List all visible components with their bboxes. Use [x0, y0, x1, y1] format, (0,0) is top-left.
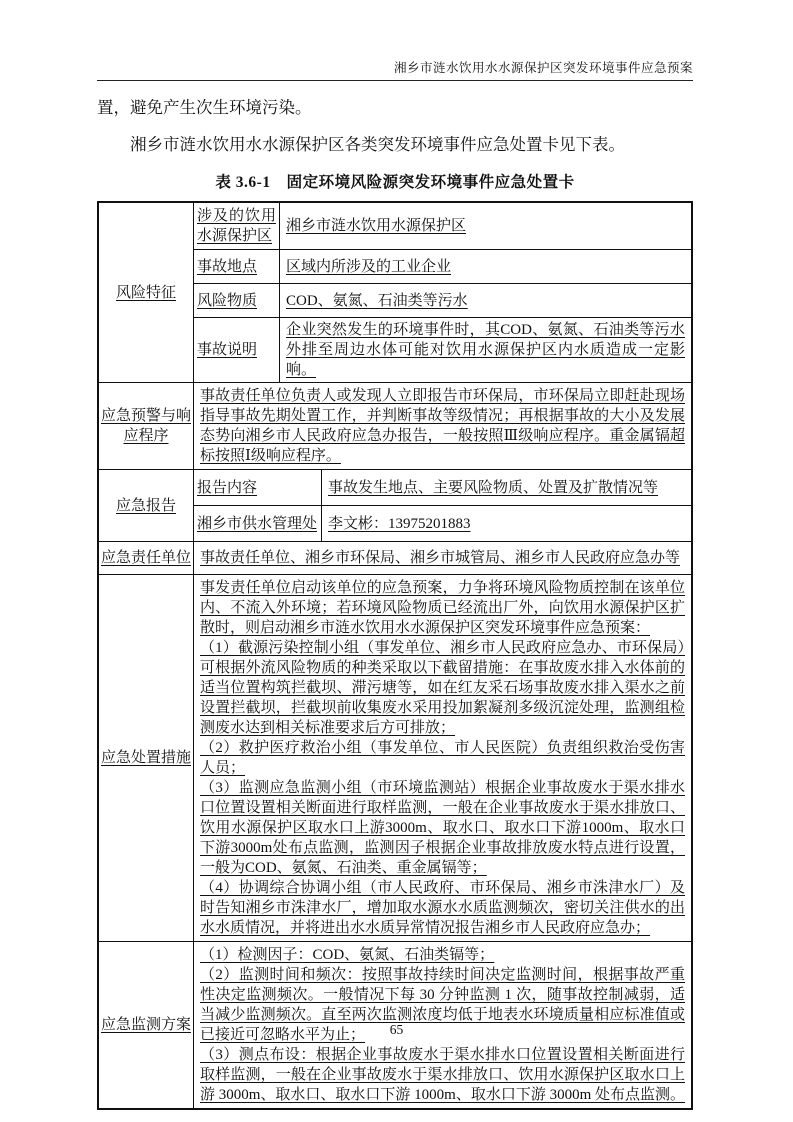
risk-row-sublabel: 事故地点: [194, 250, 280, 283]
section-report: 应急报告 报告内容 事故发生地点、主要风险物质、处置及扩散情况等 湘乡市供水管理…: [99, 469, 691, 541]
section-disposal-label: 应急处置措施: [99, 575, 194, 941]
risk-row-value: COD、氨氮、石油类等污水: [280, 284, 691, 317]
disposal-text: 事发责任单位启动该单位的应急预案，力争将环境风险物质控制在该单位内、不流入外环境…: [194, 575, 691, 941]
section-warning: 应急预警与响应程序 事故责任单位负责人或发现人立即报告市环保局，市环保局立即赶赴…: [99, 382, 691, 469]
section-warning-label: 应急预警与响应程序: [99, 383, 194, 469]
table-row: 涉及的饮用水源保护区 湘乡市涟水饮用水源保护区: [194, 203, 691, 249]
section-risk-body: 涉及的饮用水源保护区 湘乡市涟水饮用水源保护区 事故地点 区域内所涉及的工业企业…: [194, 203, 691, 382]
disposal-paragraph: 事发责任单位启动该单位的应急预案，力争将环境风险物质控制在该单位内、不流入外环境…: [200, 578, 685, 638]
responsible-text: 事故责任单位、湘乡市环保局、湘乡市城管局、湘乡市人民政府应急办等: [194, 542, 691, 574]
document-page: 湘乡市涟水饮用水水源保护区突发环境事件应急预案 置，避免产生次生环境污染。 湘乡…: [0, 0, 793, 1122]
table-row: 事故说明 企业突然发生的环境事件时，其COD、氨氮、石油类等污水外排至周边水体可…: [194, 317, 691, 382]
risk-row-value: 区域内所涉及的工业企业: [280, 250, 691, 283]
body-paragraph-1: 置，避免产生次生环境污染。: [97, 95, 693, 121]
disposal-paragraph: （3）监测应急监测小组（市环境监测站）根据企业事故废水于渠水排水口位置设置相关断…: [200, 778, 685, 878]
page-number: 65: [0, 1022, 793, 1038]
risk-row-sublabel: 风险物质: [194, 284, 280, 317]
emergency-card-table: 风险特征 涉及的饮用水源保护区 湘乡市涟水饮用水源保护区 事故地点 区域内所涉及…: [97, 201, 693, 1110]
section-responsible-body: 事故责任单位、湘乡市环保局、湘乡市城管局、湘乡市人民政府应急办等: [194, 542, 691, 574]
monitoring-paragraph: （1）检测因子：COD、氨氮、石油类镉等；: [200, 945, 685, 965]
running-header: 湘乡市涟水饮用水水源保护区突发环境事件应急预案: [97, 58, 693, 81]
running-header-text: 湘乡市涟水饮用水水源保护区突发环境事件应急预案: [394, 61, 693, 75]
report-row-value: 事故发生地点、主要风险物质、处置及扩散情况等: [322, 470, 691, 505]
table-row: 事故地点 区域内所涉及的工业企业: [194, 249, 691, 283]
risk-row-value: 企业突然发生的环境事件时，其COD、氨氮、石油类等污水外排至周边水体可能对饮用水…: [280, 318, 691, 382]
section-risk: 风险特征 涉及的饮用水源保护区 湘乡市涟水饮用水源保护区 事故地点 区域内所涉及…: [99, 203, 691, 382]
section-risk-label: 风险特征: [99, 203, 194, 382]
section-disposal: 应急处置措施 事发责任单位启动该单位的应急预案，力争将环境风险物质控制在该单位内…: [99, 574, 691, 941]
disposal-paragraph: （1）截源污染控制小组（事发单位、湘乡市人民政府应急办、市环保局）可根据外流风险…: [200, 638, 685, 738]
body-paragraph-2: 湘乡市涟水饮用水水源保护区各类突发环境事件应急处置卡见下表。: [97, 132, 693, 158]
report-contact-value: 李文彬：13975201883: [322, 506, 691, 541]
section-report-body: 报告内容 事故发生地点、主要风险物质、处置及扩散情况等 湘乡市供水管理处 李文彬…: [194, 470, 691, 541]
risk-row-sublabel: 事故说明: [194, 318, 280, 382]
disposal-paragraph: （2）救护医疗救治小组（事发单位、市人民医院）负责组织救治受伤害人员；: [200, 738, 685, 778]
section-responsible: 应急责任单位 事故责任单位、湘乡市环保局、湘乡市城管局、湘乡市人民政府应急办等: [99, 541, 691, 574]
risk-row-value: 湘乡市涟水饮用水源保护区: [280, 203, 691, 249]
section-responsible-label: 应急责任单位: [99, 542, 194, 574]
table-row: 湘乡市供水管理处 李文彬：13975201883: [194, 505, 691, 541]
table-row: 报告内容 事故发生地点、主要风险物质、处置及扩散情况等: [194, 470, 691, 505]
warning-text: 事故责任单位负责人或发现人立即报告市环保局，市环保局立即赶赴现场指导事故先期处置…: [194, 383, 691, 469]
report-row-sublabel: 报告内容: [194, 470, 322, 505]
monitoring-paragraph: （3）测点布设：根据企业事故废水于渠水排水口位置设置相关断面进行取样监测，一般在…: [200, 1045, 685, 1105]
table-row: 风险物质 COD、氨氮、石油类等污水: [194, 283, 691, 317]
section-report-label: 应急报告: [99, 470, 194, 541]
section-warning-body: 事故责任单位负责人或发现人立即报告市环保局，市环保局立即赶赴现场指导事故先期处置…: [194, 383, 691, 469]
risk-row-sublabel: 涉及的饮用水源保护区: [194, 203, 280, 249]
section-disposal-body: 事发责任单位启动该单位的应急预案，力争将环境风险物质控制在该单位内、不流入外环境…: [194, 575, 691, 941]
report-row-sublabel: 湘乡市供水管理处: [194, 506, 322, 541]
table-title: 表 3.6-1 固定环境风险源突发环境事件应急处置卡: [97, 170, 693, 192]
disposal-paragraph: （4）协调综合协调小组（市人民政府、市环保局、湘乡市洙津水厂）及时告知湘乡市洙津…: [200, 878, 685, 938]
content-area: 湘乡市涟水饮用水水源保护区突发环境事件应急预案 置，避免产生次生环境污染。 湘乡…: [97, 58, 693, 1110]
